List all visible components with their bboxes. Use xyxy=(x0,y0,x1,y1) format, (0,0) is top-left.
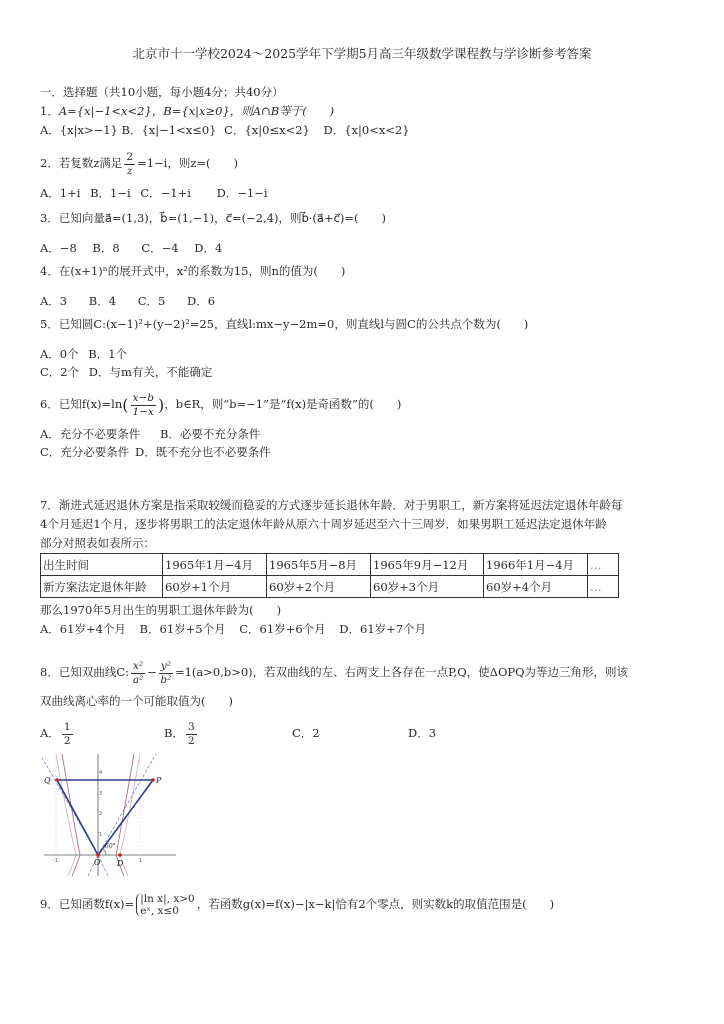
tick-label: 1 xyxy=(139,858,142,864)
label-p: P xyxy=(155,776,162,785)
question-number: 3． xyxy=(40,211,59,225)
question-stem-pre: 已知函数f(x)= xyxy=(59,897,134,911)
point-p xyxy=(151,778,155,782)
option-d: D．{x|0<x<2} xyxy=(324,123,410,137)
fraction: x²a² xyxy=(131,661,145,685)
option-d: D．与m有关，不能确定 xyxy=(89,365,213,379)
table-cell: 1965年9月−12月 xyxy=(371,554,484,576)
question-number: 9． xyxy=(40,897,59,911)
question-number: 2． xyxy=(40,156,59,170)
question-5-options-row2: C．2个 D．与m有关，不能确定 xyxy=(40,364,212,380)
table-cell: 1966年1月−4月 xyxy=(484,554,588,576)
table-cell: 出生时间 xyxy=(41,554,163,576)
option-c: C．61岁+6个月 xyxy=(239,622,325,636)
question-number: 6． xyxy=(40,397,59,411)
option-b: B．61岁+5个月 xyxy=(140,622,226,636)
question-9: 9．已知函数f(x)=|ln x|, x>0eˣ, x≤0，若函数g(x)=f(… xyxy=(40,893,554,917)
option-a: A．61岁+4个月 xyxy=(40,622,126,636)
fraction: 2z xyxy=(124,152,135,176)
hyperbola-triangle-figure: -1 1 1 2 3 4 60° Q P O D xyxy=(42,752,178,878)
question-stem-post: ，b∈R，则“b=−1”是“f(x)是奇函数”的( ) xyxy=(164,397,401,411)
option-d: D．既不充分也不必要条件 xyxy=(135,445,271,459)
option-b: B．{x|−1<x≤0} xyxy=(122,123,217,137)
option-c: C．2 xyxy=(292,725,320,741)
label-o: O xyxy=(94,858,101,867)
tick-label: 4 xyxy=(99,770,102,776)
point-o xyxy=(96,853,100,857)
question-number: 4． xyxy=(40,264,59,278)
label-d: D xyxy=(116,859,124,868)
question-number: 1． xyxy=(40,104,59,118)
option-a: A．{x|x>−1} xyxy=(40,123,118,137)
tick-label: 2 xyxy=(99,811,102,817)
retirement-table: 出生时间 1965年1月−4月 1965年5月−8月 1965年9月−12月 1… xyxy=(40,553,619,598)
option-b: B．必要不充分条件 xyxy=(160,427,260,441)
option-a: A．−8 xyxy=(40,241,77,255)
fraction: 12 xyxy=(62,722,73,746)
table-cell: … xyxy=(588,576,619,598)
tick-label: 1 xyxy=(99,832,102,838)
option-d: D．61岁+7个月 xyxy=(339,622,426,636)
option-b: B．1−i xyxy=(90,186,131,200)
option-d: D．4 xyxy=(194,241,222,255)
question-3-options: A．−8 B．8 C．−4 D．4 xyxy=(40,240,222,256)
question-stem: 在(x+1)ⁿ的展开式中，x²的系数为15，则n的值为( ) xyxy=(59,264,346,278)
option-b: B．32 xyxy=(164,722,199,746)
table-cell: 60岁+1个月 xyxy=(163,576,267,598)
section-heading: 一．选择题（共10小题，每小题4分；共40分） xyxy=(40,84,284,100)
option-b: B．8 xyxy=(92,241,119,255)
question-7-line3: 部分对照表如表所示： xyxy=(40,535,155,551)
table-row: 出生时间 1965年1月−4月 1965年5月−8月 1965年9月−12月 1… xyxy=(41,554,619,576)
piecewise-brace: |ln x|, x>0eˣ, x≤0 xyxy=(136,893,195,917)
option-a: A．1+i xyxy=(40,186,80,200)
tick-label: 3 xyxy=(99,791,102,797)
option-b: B．1个 xyxy=(88,347,127,361)
question-6-options-row2: C．充分必要条件 D．既不充分也不必要条件 xyxy=(40,444,271,460)
question-stem-post: ，若函数g(x)=f(x)−|x−k|恰有2个零点，则实数k的取值范围是( ) xyxy=(197,897,554,911)
question-2-options: A．1+i B．1−i C．−1+i D．−1−i xyxy=(40,185,268,201)
table-cell: 1965年5月−8月 xyxy=(267,554,371,576)
table-cell: 60岁+2个月 xyxy=(267,576,371,598)
question-2: 2．若复数z满足2z=1−i，则z=( ) xyxy=(40,152,238,176)
question-8-line1: 8．已知双曲线C:x²a²−y²b²=1(a>0,b>0)，若双曲线的左、右两支… xyxy=(40,661,628,685)
option-b: B．4 xyxy=(89,294,116,308)
table-cell: 60岁+3个月 xyxy=(371,576,484,598)
question-5-options-row1: A．0个 B．1个 xyxy=(40,346,127,362)
option-a: A．充分不必要条件 xyxy=(40,427,140,441)
question-4: 4．在(x+1)ⁿ的展开式中，x²的系数为15，则n的值为( ) xyxy=(40,263,345,279)
question-stem: A={x|−1<x<2}，B={x|x≥0}，则A∩B等于( ) xyxy=(59,104,334,118)
table-cell: 1965年1月−4月 xyxy=(163,554,267,576)
option-c: C．充分必要条件 xyxy=(40,445,129,459)
question-6-options-row1: A．充分不必要条件 B．必要不充分条件 xyxy=(40,426,260,442)
question-7-ask: 那么1970年5月出生的男职工退休年龄为( ) xyxy=(40,602,281,618)
option-a: A．12 xyxy=(40,722,75,746)
document-title: 北京市十一学校2024～2025学年下学期5月高三年级数学课程教与学诊断参考答案 xyxy=(0,44,724,62)
question-6: 6．已知f(x)=ln(x−b1−x)，b∈R，则“b=−1”是“f(x)是奇函… xyxy=(40,393,401,417)
question-number: 7． xyxy=(40,498,59,512)
table-cell: 新方案法定退休年龄 xyxy=(41,576,163,598)
option-c: C．−4 xyxy=(141,241,178,255)
table-cell: … xyxy=(588,554,619,576)
tick-label: -1 xyxy=(53,858,58,864)
option-d: D．−1−i xyxy=(217,186,268,200)
question-number: 8． xyxy=(40,665,59,679)
question-stem: 已知向量a⃗=(1,3)，b⃗=(1,−1)，c⃗=(−2,4)，则b⃗·(a⃗… xyxy=(59,211,386,225)
label-q: Q xyxy=(44,776,51,785)
question-7-line2: 4个月延迟1个月，逐步将男职工的法定退休年龄从原六十周岁延迟至六十三周岁．如果男… xyxy=(40,516,607,532)
fraction: y²b² xyxy=(159,661,173,685)
question-stem-post: =1−i，则z=( ) xyxy=(137,156,238,170)
option-a: A．0个 xyxy=(40,347,79,361)
fraction: x−b1−x xyxy=(131,393,156,417)
fraction: 32 xyxy=(186,722,197,746)
question-stem: 渐进式延迟退休方案是指采取较缓而稳妥的方式逐步延长退休年龄．对于男职工，新方案将… xyxy=(59,498,623,512)
option-c: C．2个 xyxy=(40,365,79,379)
table-cell: 60岁+4个月 xyxy=(484,576,588,598)
point-q xyxy=(55,778,59,782)
option-a: A．3 xyxy=(40,294,67,308)
question-1: 1．A={x|−1<x<2}，B={x|x≥0}，则A∩B等于( ) xyxy=(40,103,334,119)
angle-label: 60° xyxy=(105,843,116,850)
question-7-options: A．61岁+4个月 B．61岁+5个月 C．61岁+6个月 D．61岁+7个月 xyxy=(40,621,426,637)
option-d: D．6 xyxy=(187,294,215,308)
question-7-line1: 7．渐进式延迟退休方案是指采取较缓而稳妥的方式逐步延长退休年龄．对于男职工，新方… xyxy=(40,497,622,513)
point-d xyxy=(118,853,122,857)
question-5: 5．已知圆C:(x−1)²+(y−2)²=25，直线l:mx−y−2m=0，则直… xyxy=(40,316,528,332)
option-c: C．{x|0≤x<2} xyxy=(224,123,310,137)
question-1-options: A．{x|x>−1} B．{x|−1<x≤0} C．{x|0≤x<2} D．{x… xyxy=(40,122,410,138)
question-stem-post: =1(a>0,b>0)，若双曲线的左、右两支上各存在一点P,Q，使ΔOPQ为等边… xyxy=(175,665,628,679)
question-4-options: A．3 B．4 C．5 D．6 xyxy=(40,293,215,309)
question-stem-pre: 若复数z满足 xyxy=(59,156,123,170)
question-stem-pre: 已知双曲线C: xyxy=(59,665,129,679)
question-stem: 已知圆C:(x−1)²+(y−2)²=25，直线l:mx−y−2m=0，则直线l… xyxy=(59,317,528,331)
option-d: D．3 xyxy=(408,725,436,741)
option-c: C．5 xyxy=(138,294,166,308)
table-row: 新方案法定退休年龄 60岁+1个月 60岁+2个月 60岁+3个月 60岁+4个… xyxy=(41,576,619,598)
question-8-line2: 双曲线离心率的一个可能取值为( ) xyxy=(40,693,233,709)
question-number: 5． xyxy=(40,317,59,331)
question-3: 3．已知向量a⃗=(1,3)，b⃗=(1,−1)，c⃗=(−2,4)，则b⃗·(… xyxy=(40,210,386,226)
option-c: C．−1+i xyxy=(140,186,191,200)
question-stem-pre: 已知f(x)=ln xyxy=(59,397,122,411)
